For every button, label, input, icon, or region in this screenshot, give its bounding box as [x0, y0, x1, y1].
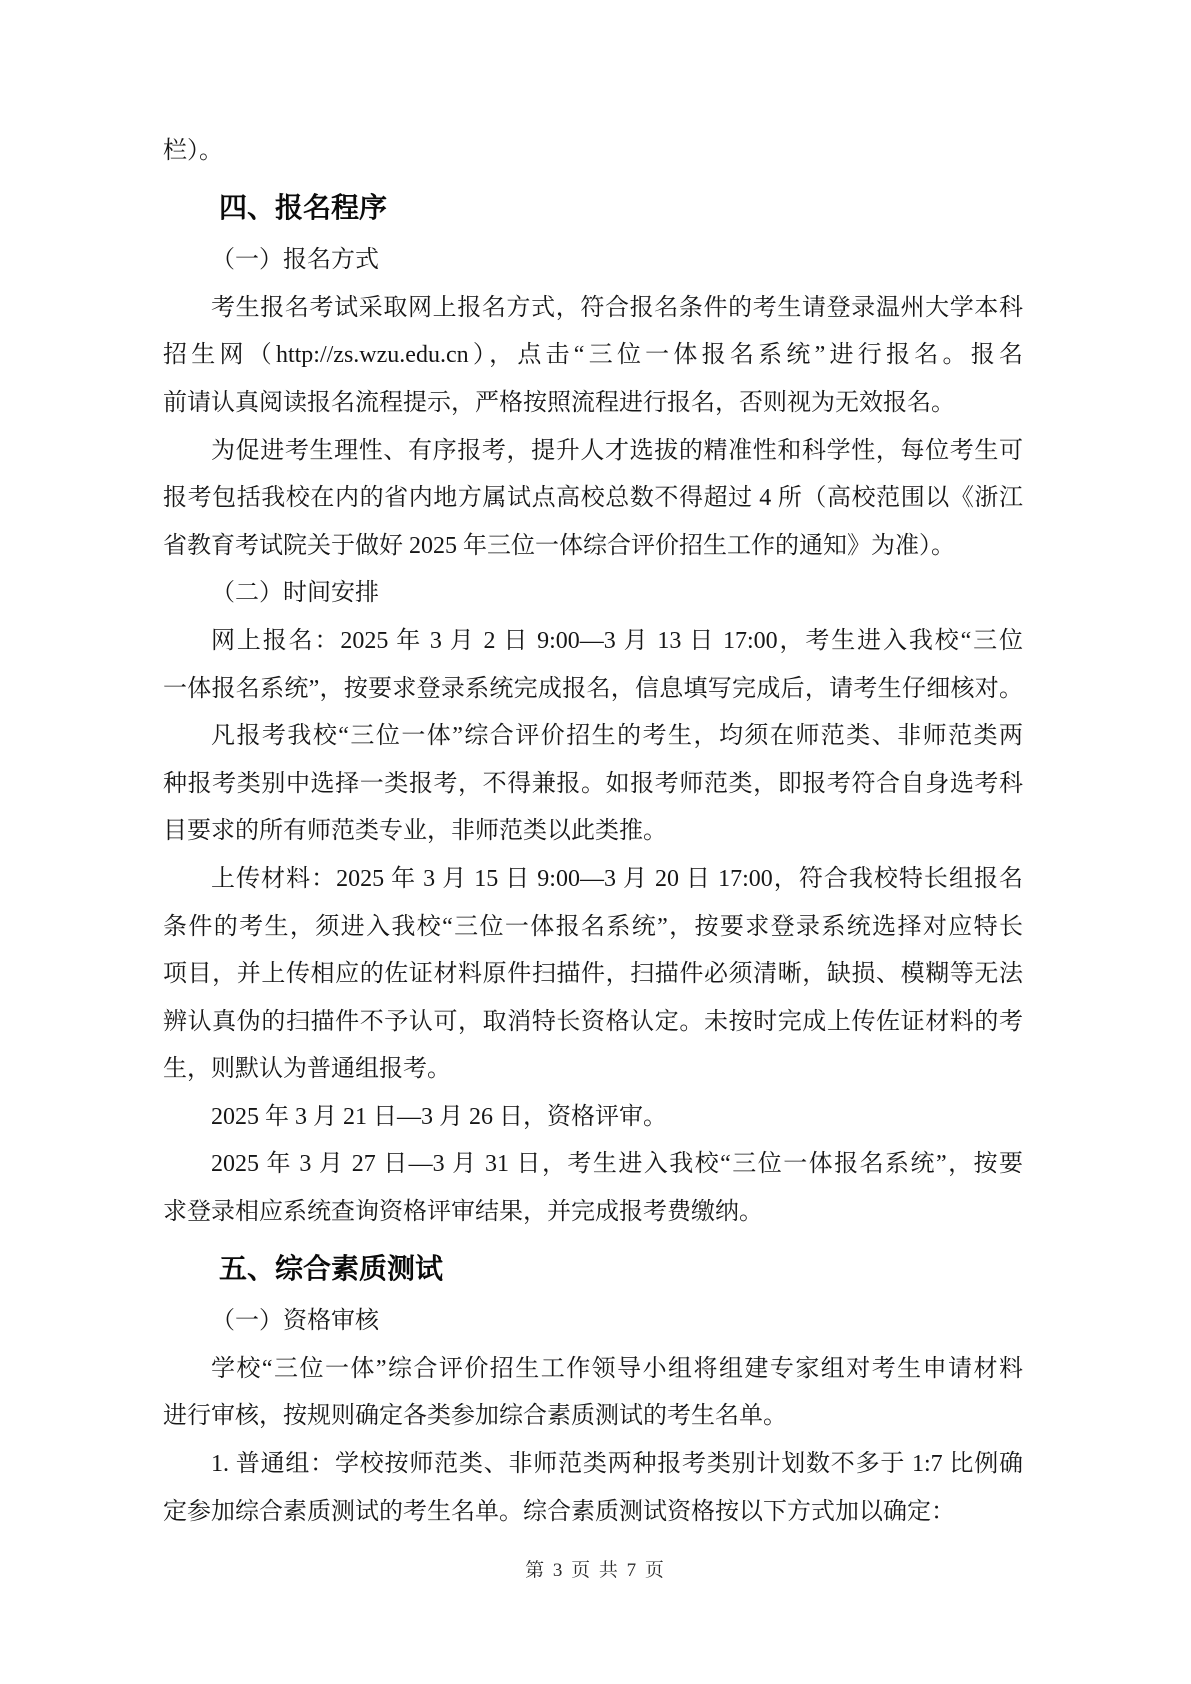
body-line: 报考包括我校在内的省内地方属试点高校总数不得超过 4 所（高校范围以《浙江	[163, 475, 1023, 523]
body-line: 学校“三位一体”综合评价招生工作领导小组将组建专家组对考生申请材料	[163, 1346, 1023, 1394]
body-line: 目要求的所有师范类专业，非师范类以此类推。	[163, 808, 1023, 856]
body-line: 招生网（http://zs.wzu.edu.cn），点击“三位一体报名系统”进行…	[163, 332, 1023, 380]
body-line: 考生报名考试采取网上报名方式，符合报名条件的考生请登录温州大学本科	[163, 285, 1023, 333]
body-line: 进行审核，按规则确定各类参加综合素质测试的考生名单。	[163, 1393, 1023, 1441]
body-line: 辨认真伪的扫描件不予认可，取消特长资格认定。未按时完成上传佐证材料的考	[163, 999, 1023, 1047]
body-line: 定参加综合素质测试的考生名单。综合素质测试资格按以下方式加以确定：	[163, 1489, 1023, 1537]
body-line: 2025 年 3 月 27 日—3 月 31 日，考生进入我校“三位一体报名系统…	[163, 1141, 1023, 1189]
body-line: 省教育考试院关于做好 2025 年三位一体综合评价招生工作的通知》为准）。	[163, 523, 1023, 571]
subsection-4-1-title: （一）报名方式	[163, 237, 1023, 285]
continuation-line: 栏）。	[163, 128, 1023, 176]
body-line: 生，则默认为普通组报考。	[163, 1046, 1023, 1094]
body-line: 条件的考生，须进入我校“三位一体报名系统”，按要求登录系统选择对应特长	[163, 904, 1023, 952]
subsection-4-2-title: （二）时间安排	[163, 570, 1023, 618]
body-line: 1. 普通组：学校按师范类、非师范类两种报考类别计划数不多于 1:7 比例确	[163, 1441, 1023, 1489]
page-number: 第 3 页 共 7 页	[0, 1556, 1191, 1586]
document-page: 栏）。 四、报名程序 （一）报名方式 考生报名考试采取网上报名方式，符合报名条件…	[0, 0, 1191, 1684]
body-line: 2025 年 3 月 21 日—3 月 26 日，资格评审。	[163, 1094, 1023, 1142]
body-line: 上传材料：2025 年 3 月 15 日 9:00—3 月 20 日 17:00…	[163, 856, 1023, 904]
body-line: 种报考类别中选择一类报考，不得兼报。如报考师范类，即报考符合自身选考科	[163, 761, 1023, 809]
body-line: 项目，并上传相应的佐证材料原件扫描件，扫描件必须清晰，缺损、模糊等无法	[163, 951, 1023, 999]
body-line: 一体报名系统”，按要求登录系统完成报名，信息填写完成后，请考生仔细核对。	[163, 666, 1023, 714]
section-5-heading: 五、综合素质测试	[163, 1245, 1023, 1293]
section-4-heading: 四、报名程序	[163, 184, 1023, 232]
body-line: 凡报考我校“三位一体”综合评价招生的考生，均须在师范类、非师范类两	[163, 713, 1023, 761]
document-body: 栏）。 四、报名程序 （一）报名方式 考生报名考试采取网上报名方式，符合报名条件…	[163, 128, 1023, 1536]
body-line: 前请认真阅读报名流程提示，严格按照流程进行报名，否则视为无效报名。	[163, 380, 1023, 428]
body-line: 为促进考生理性、有序报考，提升人才选拔的精准性和科学性，每位考生可	[163, 428, 1023, 476]
body-line: 求登录相应系统查询资格评审结果，并完成报考费缴纳。	[163, 1189, 1023, 1237]
subsection-5-1-title: （一）资格审核	[163, 1298, 1023, 1346]
body-line: 网上报名：2025 年 3 月 2 日 9:00—3 月 13 日 17:00，…	[163, 618, 1023, 666]
